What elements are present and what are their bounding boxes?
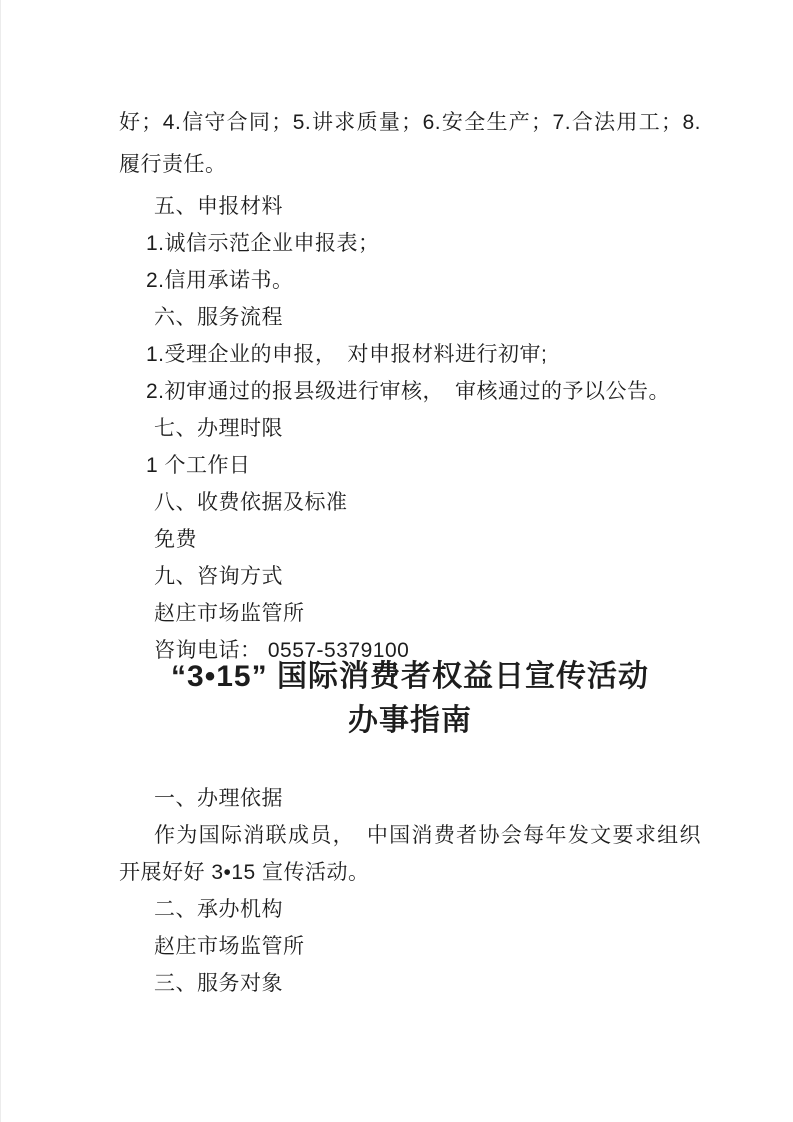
- doc-line-credit-items-cont: 履行责任。: [119, 146, 701, 183]
- section-heading-6-process: 六、服务流程: [119, 299, 701, 336]
- doc-line-material-2: 2.信用承诺书。: [119, 262, 701, 299]
- section-heading-3-service-target: 三、服务对象: [119, 965, 701, 1002]
- section-heading-1-basis: 一、办理依据: [119, 780, 701, 817]
- guide-title-line-1: “3•15” 国际消费者权益日宣传活动: [119, 655, 701, 699]
- doc-line-credit-items: 好；4.信守合同；5.讲求质量；6.安全生产；7.合法用工；8.: [119, 104, 701, 141]
- section-heading-2-agency: 二、承办机构: [119, 891, 701, 928]
- doc-line-basis-text: 作为国际消联成员， 中国消费者协会每年发文要求组织: [119, 817, 701, 854]
- section-heading-8-fees: 八、收费依据及标准: [119, 484, 701, 521]
- section-heading-9-contact: 九、咨询方式: [119, 558, 701, 595]
- section-heading-5-materials: 五、申报材料: [119, 188, 701, 225]
- doc-line-process-1: 1.受理企业的申报， 对申报材料进行初审;: [119, 336, 701, 373]
- doc-line-office-name: 赵庄市场监管所: [119, 595, 701, 632]
- guide-title-line-2: 办事指南: [119, 699, 701, 743]
- doc-line-time-limit-value: 1 个工作日: [119, 447, 701, 484]
- document-page: 好；4.信守合同；5.讲求质量；6.安全生产；7.合法用工；8. 履行责任。 五…: [0, 0, 793, 1122]
- doc-line-material-1: 1.诚信示范企业申报表；: [119, 225, 701, 262]
- doc-line-agency-name: 赵庄市场监管所: [119, 928, 701, 965]
- section-heading-7-time-limit: 七、办理时限: [119, 410, 701, 447]
- doc-line-process-2: 2.初审通过的报县级进行审核， 审核通过的予以公告。: [119, 373, 701, 410]
- blank-line: [119, 743, 701, 780]
- doc-line-fee-value: 免费: [119, 521, 701, 558]
- document-content: 好；4.信守合同；5.讲求质量；6.安全生产；7.合法用工；8. 履行责任。 五…: [119, 104, 701, 1002]
- doc-line-basis-text-cont: 开展好好 3•15 宣传活动。: [119, 854, 701, 891]
